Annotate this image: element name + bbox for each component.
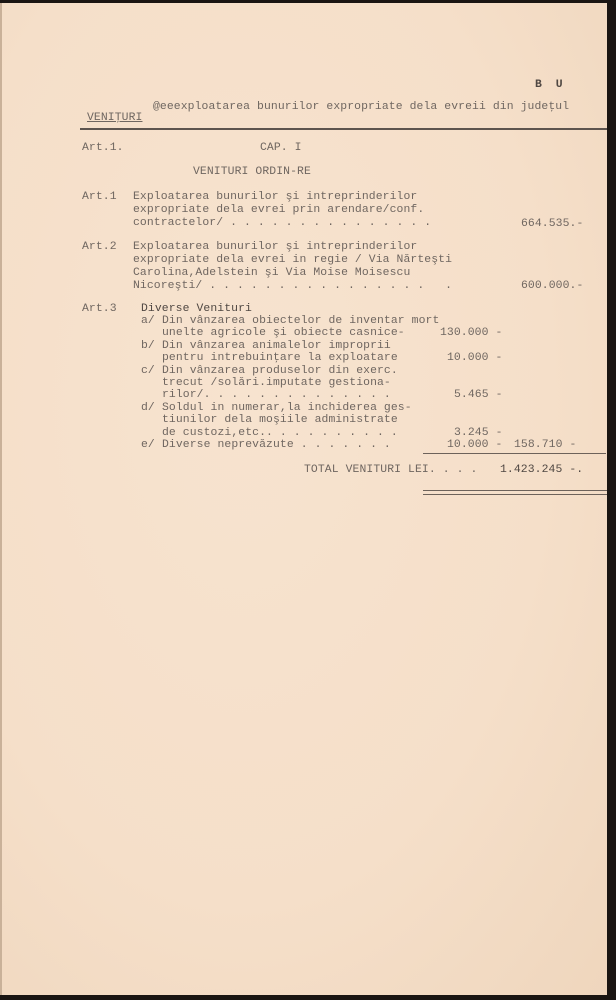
item-amount: 3.245 - bbox=[454, 427, 503, 439]
item-line: rilor/. . . . . . . . . . . . . . bbox=[162, 389, 391, 401]
item-line: Din vânzarea produselor din exerc. bbox=[162, 365, 398, 377]
item-line: Din vânzarea obiectelor de inventar mort bbox=[162, 315, 439, 327]
total-double-rule bbox=[423, 490, 607, 495]
item-amount: 10.000 - bbox=[447, 352, 502, 364]
subtotal-rule bbox=[423, 453, 606, 454]
item-amount: 10.000 - bbox=[447, 439, 502, 451]
article-amount: 664.535.- bbox=[521, 218, 583, 230]
item-line: Diverse neprevăzute . . . . . . . bbox=[162, 439, 391, 451]
chapter-heading: VENITURI ORDIN-RE bbox=[193, 166, 311, 178]
item-letter: a/ bbox=[141, 315, 155, 327]
article-label: Art.1 bbox=[82, 191, 117, 203]
article-label: Art.2 bbox=[82, 241, 117, 253]
item-letter: e/ bbox=[141, 439, 155, 451]
item-line: unelte agricole şi obiecte casnice- bbox=[162, 327, 405, 339]
item-line: pentru intrebuinţare la exploatare bbox=[162, 352, 398, 364]
total-label: TOTAL VENITURI LEI. . . . bbox=[304, 464, 477, 476]
section-label: VENIŢURI bbox=[87, 112, 142, 124]
article-line: expropriate dela evrei in regie / Via Nă… bbox=[133, 254, 452, 266]
document-title: @eeexploatarea bunurilor expropriate del… bbox=[153, 101, 569, 113]
chapter-number: CAP. I bbox=[260, 142, 302, 154]
header-rule bbox=[80, 128, 607, 130]
article-line: Exploatarea bunurilor şi intreprinderilo… bbox=[133, 191, 417, 203]
item-line: tiunilor dela moşiile administrate bbox=[162, 414, 398, 426]
corner-mark: B U bbox=[535, 79, 563, 91]
item-letter: c/ bbox=[141, 365, 155, 377]
article-label: Art.3 bbox=[82, 303, 117, 315]
article-title: Diverse Venituri bbox=[141, 303, 252, 315]
article-amount: 600.000.- bbox=[521, 280, 583, 292]
article-line: Carolina,Adelstein şi Via Moise Moisescu bbox=[133, 267, 410, 279]
article-line: contractelor/ . . . . . . . . . . . . . … bbox=[133, 217, 431, 229]
item-line: Soldul in numerar,la inchiderea ges- bbox=[162, 402, 412, 414]
item-line: trecut /solări.imputate gestiona- bbox=[162, 377, 391, 389]
item-line: de custozi,etc.. . . . . . . . . . bbox=[162, 427, 398, 439]
article-subtotal: 158.710 - bbox=[514, 439, 576, 451]
total-amount: 1.423.245 -. bbox=[500, 464, 583, 476]
item-amount: 5.465 - bbox=[454, 389, 503, 401]
item-letter: d/ bbox=[141, 402, 155, 414]
item-amount: 130.000 - bbox=[440, 327, 502, 339]
document-page: B U @eeexploatarea bunurilor expropriate… bbox=[0, 3, 607, 995]
article-line: expropriate dela evrei prin arendare/con… bbox=[133, 204, 424, 216]
article-line: Nicoreşti/ . . . . . . . . . . . . . . .… bbox=[133, 280, 452, 292]
article-line: Exploatarea bunurilor şi intreprinderilo… bbox=[133, 241, 417, 253]
item-letter: b/ bbox=[141, 340, 155, 352]
chapter-art-label: Art.1. bbox=[82, 142, 124, 154]
item-line: Din vânzarea animalelor improprii bbox=[162, 340, 391, 352]
